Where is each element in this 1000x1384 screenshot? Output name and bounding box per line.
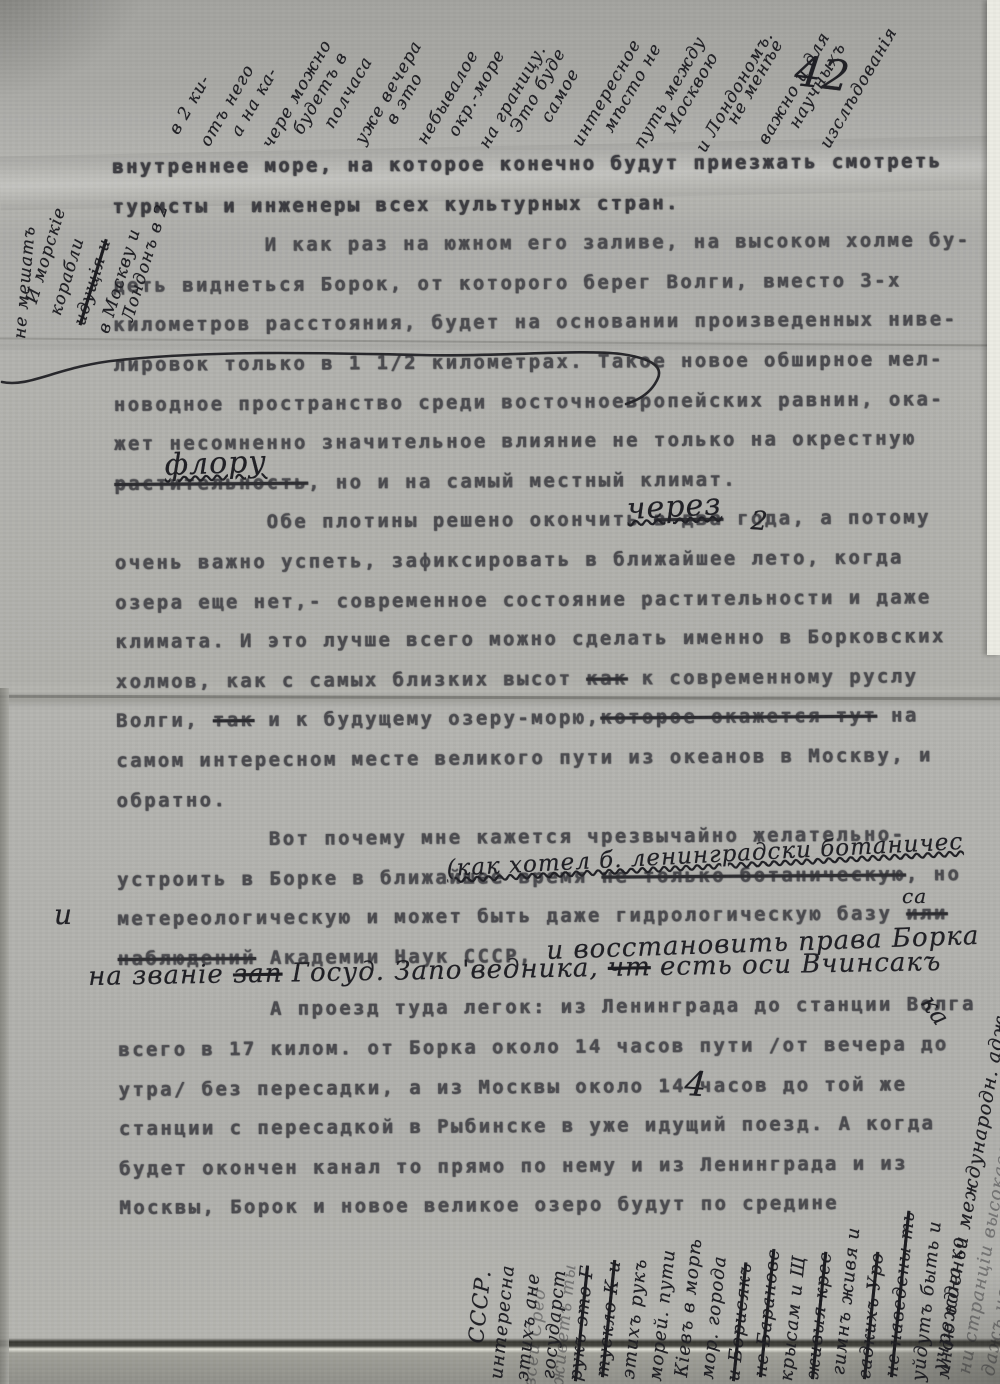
handwritten-inline-note: флору xyxy=(164,444,267,483)
handwriting-segment: Госуд. Запо'ведника, xyxy=(282,953,608,989)
handwritten-inline-note: (как хотел б. ленинградски ботаничес xyxy=(446,829,964,882)
struck-handwriting: зап xyxy=(233,959,283,990)
struck-handwriting: чт xyxy=(608,952,651,983)
handwritten-inline-note: 2 xyxy=(750,506,770,537)
handwritten-correction: на званіе зап Госуд. Запо'ведника, чт ес… xyxy=(88,947,942,992)
handwriting-segment: есть оси Вчинсакъ xyxy=(650,947,941,982)
handwritten-inline-note: ка xyxy=(915,990,956,1031)
handwriting-segment: на званіе xyxy=(88,959,233,992)
handwritten-inline-note: и xyxy=(54,898,73,931)
scanned-page: внутреннее море, на которое конечно буду… xyxy=(0,0,1000,1384)
handwriting-layer: 42флоручерез2(как хотел б. ленинградски … xyxy=(0,0,1000,1384)
handwritten-inline-note: через xyxy=(626,487,722,527)
handwritten-inline-note: 4 xyxy=(683,1064,708,1105)
handwritten-inline-note: са xyxy=(902,884,927,908)
